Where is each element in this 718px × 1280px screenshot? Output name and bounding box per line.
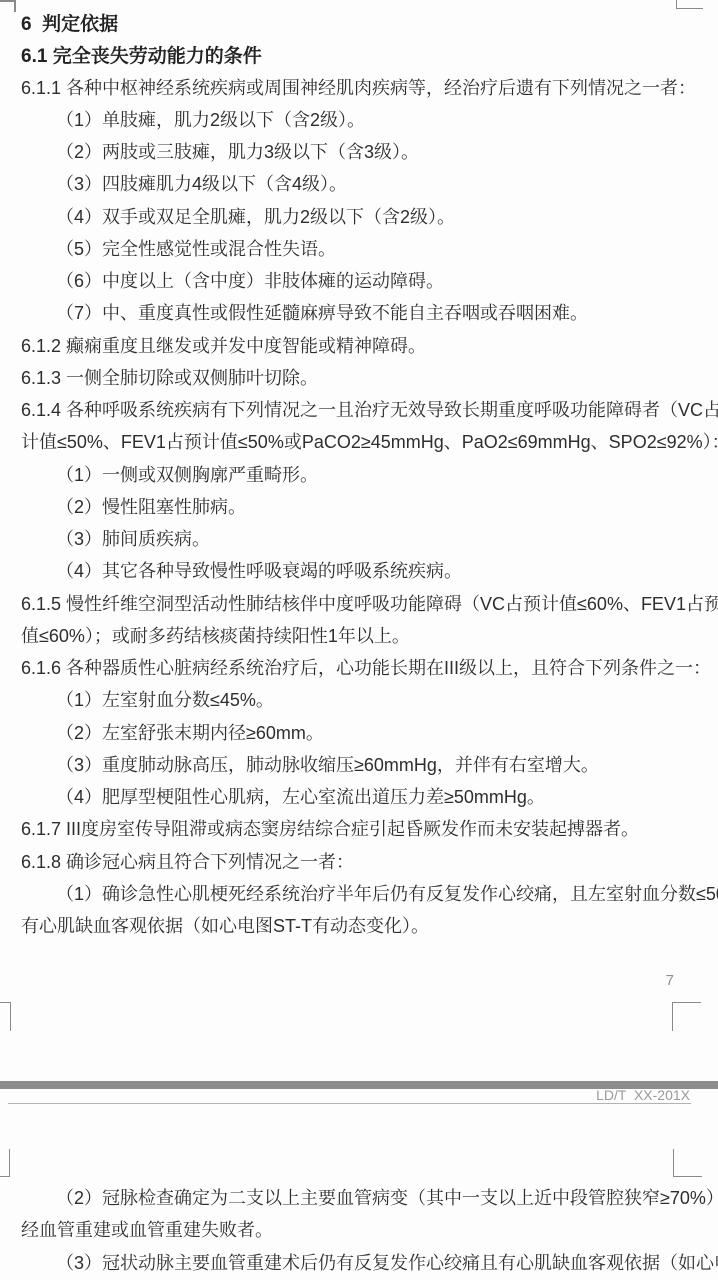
crop-mark-page2-top-left xyxy=(0,1149,10,1177)
text-line: （1）单肢瘫，肌力2级以下（含2级）。 xyxy=(0,103,718,135)
text-line: （4）双手或双足全肌瘫，肌力2级以下（含2级）。 xyxy=(0,200,718,232)
text-line: （3）冠状动脉主要血管重建术后仍有反复发作心绞痛且有心肌缺血客观依据（如心电图S xyxy=(0,1246,718,1278)
text-line: （3）重度肺动脉高压，肺动脉收缩压≥60mmHg，并伴有右室增大。 xyxy=(0,748,718,780)
text-line: 6.1.4 各种呼吸系统疾病有下列情况之一且治疗无效导致长期重度呼吸功能障碍者（… xyxy=(0,393,718,425)
text-line: （3）肺间质疾病。 xyxy=(0,522,718,554)
header-rule xyxy=(8,1103,691,1104)
text-line: （1）一侧或双侧胸廓严重畸形。 xyxy=(0,458,718,490)
crop-mark-page1-bottom-right xyxy=(672,1002,701,1031)
page2-content: （2）冠脉检查确定为二支以上主要血管病变（其中一支以上近中段管腔狭窄≥70%）而… xyxy=(0,1181,718,1278)
text-line: 6.1.2 癫痫重度且继发或并发中度智能或精神障碍。 xyxy=(0,329,718,361)
text-line: 经血管重建或血管重建失败者。 xyxy=(0,1213,718,1245)
page1-content: 6 判定依据6.1 完全丧失劳动能力的条件6.1.1 各种中枢神经系统疾病或周围… xyxy=(0,6,718,941)
text-line: （2）两肢或三肢瘫，肌力3级以下（含3级）。 xyxy=(0,135,718,167)
text-line: （7）中、重度真性或假性延髓麻痹导致不能自主吞咽或吞咽困难。 xyxy=(0,296,718,328)
text-line: （4）其它各种导致慢性呼吸衰竭的呼吸系统疾病。 xyxy=(0,554,718,586)
crop-mark-page1-bottom-left xyxy=(0,1002,11,1031)
text-line: 计值≤50%、FEV1占预计值≤50%或PaCO2≥45mmHg、PaO2≤69… xyxy=(0,425,718,457)
page-number: 7 xyxy=(666,972,674,989)
text-line: （5）完全性感觉性或混合性失语。 xyxy=(0,232,718,264)
crop-mark-page2-top-right xyxy=(673,1149,702,1177)
text-line: 6.1.1 各种中枢神经系统疾病或周围神经肌肉疾病等，经治疗后遗有下列情况之一者… xyxy=(0,71,718,103)
text-line: 值≤60%）；或耐多药结核痰菌持续阳性1年以上。 xyxy=(0,619,718,651)
text-line: （2）慢性阻塞性肺病。 xyxy=(0,490,718,522)
text-line: （4）肥厚型梗阻性心肌病，左心室流出道压力差≥50mmHg。 xyxy=(0,780,718,812)
text-line: （1）左室射血分数≤45%。 xyxy=(0,683,718,715)
text-line: （3）四肢瘫肌力4级以下（含4级）。 xyxy=(0,167,718,199)
text-line: （2）左室舒张末期内径≥60mm。 xyxy=(0,716,718,748)
text-line: （2）冠脉检查确定为二支以上主要血管病变（其中一支以上近中段管腔狭窄≥70%）而… xyxy=(0,1181,718,1213)
text-line: （6）中度以上（含中度）非肢体瘫的运动障碍。 xyxy=(0,264,718,296)
text-line: 6.1.5 慢性纤维空洞型活动性肺结核伴中度呼吸功能障碍（VC占预计值≤60%、… xyxy=(0,587,718,619)
document-reference-header: LD/T XX-201X xyxy=(596,1087,690,1103)
text-line: 6.1 完全丧失劳动能力的条件 xyxy=(0,38,718,70)
text-line: 6.1.3 一侧全肺切除或双侧肺叶切除。 xyxy=(0,361,718,393)
text-line: 6.1.7 III度房室传导阻滞或病态窦房结综合症引起昏厥发作而未安装起搏器者。 xyxy=(0,812,718,844)
text-line: （1）确诊急性心肌梗死经系统治疗半年后仍有反复发作心绞痛，且左室射血分数≤50%… xyxy=(0,877,718,909)
text-line: 有心肌缺血客观依据（如心电图ST-T有动态变化）。 xyxy=(0,909,718,941)
text-line: 6.1.6 各种器质性心脏病经系统治疗后，心功能长期在III级以上，且符合下列条… xyxy=(0,651,718,683)
text-line: 6.1.8 确诊冠心病且符合下列情况之一者： xyxy=(0,845,718,877)
text-line: 6 判定依据 xyxy=(0,6,718,38)
